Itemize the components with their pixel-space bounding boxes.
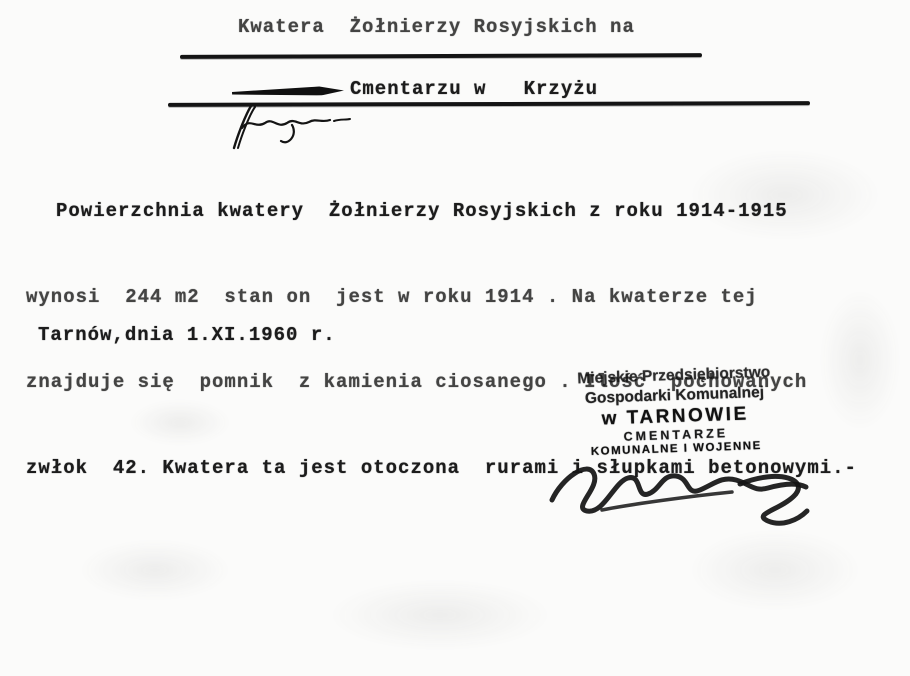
document-page: Kwatera Żołnierzy Rosyjskich na Cmentarz… [0,0,910,676]
title-line-1: Kwatera Żołnierzy Rosyjskich na [238,16,635,38]
body-line: wynosi 244 m2 stan on jest w roku 1914 .… [26,283,896,312]
signature [542,424,812,534]
scan-artifact [690,530,860,610]
scan-artifact [330,580,550,650]
strikethrough-mark [232,86,344,97]
title-line-2: Cmentarzu w Krzyżu [350,78,598,100]
title-underline-1 [180,53,702,59]
scan-artifact [80,540,230,600]
body-line: Powierzchnia kwatery Żołnierzy Rosyjskic… [26,197,896,226]
date-line: Tarnów,dnia 1.XI.1960 r. [38,324,336,346]
